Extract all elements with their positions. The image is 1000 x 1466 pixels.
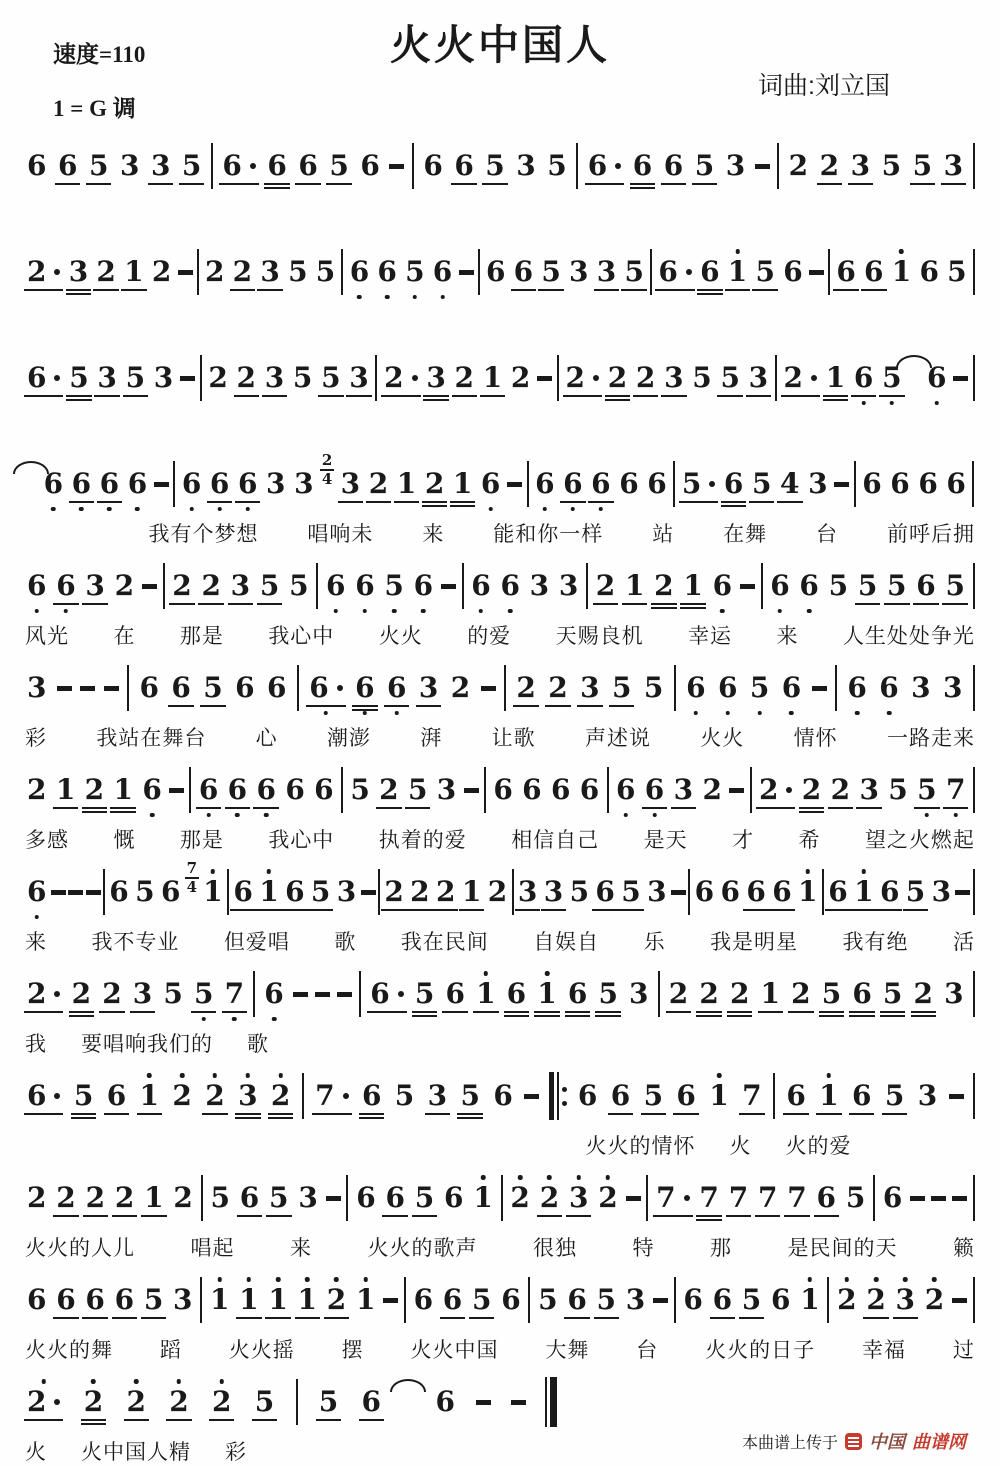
note-digit: 6 xyxy=(27,1082,46,1110)
note: 6 xyxy=(25,1286,48,1314)
note: 1 xyxy=(296,1286,319,1314)
low-octave-dot xyxy=(479,609,484,614)
note-digit: 2 xyxy=(102,980,121,1008)
lyric-line: 火火的舞蹈火火摇摆火火中国大舞台火火的日子幸福过 xyxy=(25,1334,975,1364)
low-octave-dot xyxy=(189,507,194,512)
beam-underline xyxy=(316,1419,341,1421)
note: 6 xyxy=(698,258,721,286)
barline-thin xyxy=(545,1377,547,1427)
note-digit: 7 xyxy=(787,1184,806,1212)
note: 6 xyxy=(324,572,347,600)
augmentation-dot xyxy=(615,163,621,169)
beam-underline xyxy=(262,395,287,397)
note: 3 xyxy=(627,980,650,1008)
beam-underline xyxy=(457,1117,482,1119)
note: 6 xyxy=(385,674,408,702)
beam-underline xyxy=(366,501,391,503)
low-octave-dot xyxy=(235,813,240,818)
site-name-cn: 中国 xyxy=(869,1428,905,1454)
note-digit: 3 xyxy=(530,572,549,600)
note: 3 xyxy=(258,258,281,286)
note: 6 xyxy=(769,1286,792,1314)
beam-underline xyxy=(534,1015,559,1017)
note: 5 xyxy=(483,152,506,180)
note-digit: 5 xyxy=(570,878,589,906)
lyric-segment: 能和你一样 xyxy=(493,518,603,548)
beam-underline xyxy=(777,501,802,503)
high-octave-dot xyxy=(717,1073,722,1078)
beam-underline xyxy=(849,1113,874,1115)
beam-underline xyxy=(882,1113,907,1115)
note: 3 xyxy=(557,572,580,600)
beam-underline xyxy=(407,909,432,911)
note: 3 xyxy=(95,364,118,392)
note: 6 xyxy=(208,470,231,498)
lyric-segment: 歌 xyxy=(247,1028,269,1058)
note-digit: 3 xyxy=(629,980,648,1008)
note-digit: 6 xyxy=(72,470,91,498)
note: 6 xyxy=(499,1286,522,1314)
beam-underline xyxy=(538,289,563,291)
note: 6 xyxy=(711,1286,734,1314)
note: 1 xyxy=(460,878,483,906)
lyric-segment: 那是 xyxy=(180,620,224,650)
note-digit: 5 xyxy=(74,1082,93,1110)
note: 2 xyxy=(453,364,476,392)
beam-underline xyxy=(622,603,647,605)
note-digit: 2 xyxy=(730,980,749,1008)
lyric-segment: 火的爱 xyxy=(786,1130,852,1160)
lyric-segment: 火火的日子 xyxy=(705,1334,815,1364)
note: 5 xyxy=(915,776,938,804)
beam-underline xyxy=(594,1317,619,1319)
note: 5 xyxy=(690,364,713,392)
note: 5 xyxy=(880,152,903,180)
high-octave-dot xyxy=(845,1277,850,1282)
note: 1 xyxy=(266,1286,289,1314)
note: 6 xyxy=(770,878,793,906)
note: 5 xyxy=(258,572,281,600)
note-digit: 6 xyxy=(109,878,128,906)
note-digit: 3 xyxy=(518,878,537,906)
dash-note xyxy=(459,270,474,275)
beam-underline xyxy=(200,705,225,707)
composer-credit: 词曲:刘立国 xyxy=(758,66,890,102)
note: 5 xyxy=(642,1082,665,1110)
note-digit: 6 xyxy=(433,258,452,286)
beam-underline xyxy=(673,1113,698,1115)
barline xyxy=(973,249,975,295)
note: 3 xyxy=(542,878,565,906)
lyric-segment: 唱响未 xyxy=(307,518,373,548)
note-digit: 5 xyxy=(913,152,932,180)
score-header: 速度=110 1 = G 调 火火中国人 词曲:刘立国 xyxy=(25,0,975,140)
dash-note xyxy=(80,686,95,691)
high-octave-dot xyxy=(827,1073,832,1078)
beam-underline xyxy=(86,183,111,185)
beam-underline xyxy=(265,1317,290,1319)
note-digit: 6 xyxy=(27,364,46,392)
note: 2 xyxy=(818,152,841,180)
note-digit: 6 xyxy=(256,776,275,804)
note: 3 xyxy=(264,470,287,498)
note-digit: 5 xyxy=(135,878,154,906)
note-digit: 2 xyxy=(379,776,398,804)
note-digit: 6 xyxy=(199,776,218,804)
beam-underline xyxy=(941,183,966,185)
beam-underline xyxy=(560,501,585,503)
note: 2 xyxy=(269,1082,292,1110)
beam-underline xyxy=(326,183,351,185)
note-digit: 3 xyxy=(851,152,870,180)
beam-underline xyxy=(412,1011,437,1013)
lyric-segment: 人生处处争光 xyxy=(843,620,975,650)
note: 5 xyxy=(348,776,371,804)
note-digit: 6 xyxy=(222,152,241,180)
note-digit: 2 xyxy=(455,364,474,392)
beam-underline xyxy=(198,603,223,605)
note-digit: 2 xyxy=(791,980,810,1008)
note-digit: 6 xyxy=(619,470,638,498)
note-digit: 6 xyxy=(85,1286,104,1314)
note: 3 xyxy=(930,878,953,906)
high-octave-dot xyxy=(808,1277,813,1282)
low-octave-dot xyxy=(51,507,56,512)
augmentation-dot xyxy=(593,375,599,381)
dash-note xyxy=(834,482,849,487)
note-digit: 6 xyxy=(210,470,229,498)
high-octave-dot xyxy=(305,1277,310,1282)
beam-underline xyxy=(565,1015,590,1017)
beam-underline xyxy=(66,293,91,295)
note-digit: 3 xyxy=(426,364,445,392)
note: 5 xyxy=(718,364,741,392)
note: 2 xyxy=(546,674,569,702)
lyric-line: 彩我站在舞台心潮澎湃让歌声述说火火情怀一路走来 xyxy=(25,722,975,752)
note: 6 xyxy=(434,1388,457,1416)
note-digit: 5 xyxy=(720,364,739,392)
high-octave-dot xyxy=(576,1175,581,1180)
beam-underline xyxy=(405,807,430,809)
lyric-segment: 希 xyxy=(799,824,821,854)
note: 3 xyxy=(236,1082,259,1110)
note: 6 xyxy=(722,470,745,498)
beam-underline xyxy=(141,1215,166,1217)
note-digit: 2 xyxy=(212,1388,231,1416)
note-digit: 6 xyxy=(350,258,369,286)
high-octave-dot xyxy=(481,1175,486,1180)
beam-underline xyxy=(253,807,278,809)
note-digit: 6 xyxy=(182,470,201,498)
note-digit: 2 xyxy=(511,364,530,392)
dash-note xyxy=(949,1094,964,1099)
note-digit: 6 xyxy=(567,1286,586,1314)
barline xyxy=(835,665,837,711)
beam-underline xyxy=(219,183,258,185)
beam-underline xyxy=(412,1015,437,1017)
dash-note xyxy=(389,164,404,169)
dash-note xyxy=(755,164,770,169)
note-digit: 6 xyxy=(890,470,909,498)
lyric-segment: 是民间的天 xyxy=(788,1232,898,1262)
dash-note xyxy=(315,992,330,997)
high-octave-dot xyxy=(547,1175,552,1180)
note: 1 xyxy=(471,1184,494,1212)
high-octave-dot xyxy=(276,1277,281,1282)
note: 2 xyxy=(800,776,823,804)
score: 6653356665666535666532235532321222355665… xyxy=(25,140,975,1466)
note-digit: 6 xyxy=(414,572,433,600)
note-digit: 6 xyxy=(770,572,789,600)
note-digit: 6 xyxy=(309,674,328,702)
note-digit: 5 xyxy=(293,364,312,392)
note: 5 xyxy=(943,572,966,600)
system: 665674161653222123356536666161653来我不专业但爱… xyxy=(25,866,975,956)
note-digit: 6 xyxy=(486,258,505,286)
note-digit: 1 xyxy=(826,364,845,392)
beam-underline xyxy=(24,289,63,291)
note-digit: 5 xyxy=(350,776,369,804)
barline xyxy=(973,665,975,711)
system: 21216666665253666666322223557多感慨那是我心中执着的… xyxy=(25,764,975,854)
barline xyxy=(375,355,377,401)
note-digit: 3 xyxy=(69,258,88,286)
beam-underline xyxy=(504,1015,529,1017)
high-octave-dot xyxy=(247,1277,252,1282)
note-digit: 6 xyxy=(235,674,254,702)
note-digit: 2 xyxy=(384,364,403,392)
music-line: 222212565366561223277777656 xyxy=(25,1172,975,1224)
note: 6 xyxy=(617,470,640,498)
beam-underline xyxy=(861,289,886,291)
note-digit: 2 xyxy=(410,878,429,906)
beam-underline xyxy=(230,909,255,911)
lyric-segment: 我心中 xyxy=(268,824,334,854)
barline xyxy=(777,143,779,189)
note: 3 xyxy=(83,572,106,600)
note-digit: 1 xyxy=(259,878,278,906)
note: 5 xyxy=(309,878,332,906)
beam-underline xyxy=(914,807,939,809)
low-octave-dot xyxy=(778,609,783,614)
barline xyxy=(478,249,480,295)
high-octave-dot xyxy=(134,1379,139,1384)
barline xyxy=(650,249,652,295)
beam-underline xyxy=(69,501,94,503)
beam-underline xyxy=(799,807,824,809)
beam-underline xyxy=(585,183,624,185)
barline xyxy=(462,563,464,609)
note: 6 xyxy=(70,470,93,498)
beam-underline xyxy=(692,183,717,185)
note: 1 xyxy=(354,1286,377,1314)
barline xyxy=(200,355,202,401)
note-digit: 6 xyxy=(445,980,464,1008)
note-digit: 2 xyxy=(699,980,718,1008)
augmentation-dot xyxy=(398,991,404,997)
low-octave-dot xyxy=(245,507,250,512)
dash-note xyxy=(511,1400,526,1405)
lyric-segment: 彩 xyxy=(25,722,47,752)
beam-underline xyxy=(595,1015,620,1017)
note-digit: 3 xyxy=(544,878,563,906)
note-digit: 5 xyxy=(742,1286,761,1314)
dash-note xyxy=(671,890,686,895)
note: 5 xyxy=(539,258,562,286)
barline xyxy=(412,143,414,189)
note: 6 xyxy=(888,470,911,498)
note: 6 xyxy=(662,152,685,180)
beam-underline xyxy=(207,501,232,503)
beam-underline xyxy=(783,1113,808,1115)
note-digit: 6 xyxy=(746,878,765,906)
beam-underline xyxy=(565,1011,590,1013)
note-digit: 2 xyxy=(516,674,535,702)
note: 5 xyxy=(413,980,436,1008)
note: 2 xyxy=(508,1184,531,1212)
note-digit: 6 xyxy=(56,1286,75,1314)
note-digit: 3 xyxy=(808,470,827,498)
note: 6 xyxy=(631,152,654,180)
note-digit: 3 xyxy=(911,674,930,702)
note-digit: 5 xyxy=(885,1082,904,1110)
note-digit: 6 xyxy=(423,152,442,180)
note-digit: 5 xyxy=(203,674,222,702)
lyric-segment: 火火的舞 xyxy=(25,1334,113,1364)
note: 2 xyxy=(514,674,537,702)
note: 3 xyxy=(335,878,358,906)
lyric-line: 我要唱响我们的歌 xyxy=(25,1028,975,1058)
note: 2 xyxy=(652,572,675,600)
note: 1 xyxy=(796,878,819,906)
time-signature-numerator: 7 xyxy=(187,861,197,876)
beam-underline xyxy=(282,909,307,911)
beam-underline xyxy=(564,1317,589,1319)
beam-underline xyxy=(642,807,667,809)
note-digit: 5 xyxy=(89,152,108,180)
note-digit: 6 xyxy=(128,470,147,498)
note-digit: 3 xyxy=(337,878,356,906)
note-digit: 3 xyxy=(419,674,438,702)
note-digit: 3 xyxy=(943,674,962,702)
lyric-segment: 火火 xyxy=(700,722,744,752)
note-digit: 3 xyxy=(569,1184,588,1212)
music-line: 665335666566653566653223553 xyxy=(25,140,975,192)
beam-underline xyxy=(359,1113,384,1115)
note-digit: 6 xyxy=(414,1286,433,1314)
note: 3 xyxy=(724,152,747,180)
note-digit: 7 xyxy=(758,1184,777,1212)
beam-underline xyxy=(595,1011,620,1013)
lyric-segment: 唱起 xyxy=(191,1232,235,1262)
note: 5 xyxy=(568,878,591,906)
beam-underline xyxy=(82,1317,107,1319)
note-digit: 3 xyxy=(85,572,104,600)
note-digit: 5 xyxy=(329,152,348,180)
note: 1 xyxy=(481,364,504,392)
augmentation-dot xyxy=(337,685,343,691)
note-digit: 2 xyxy=(608,364,627,392)
repeat-dot xyxy=(562,1101,567,1106)
footer-credit: 本曲谱上传于 中国 曲谱网 xyxy=(742,1428,966,1454)
beam-underline xyxy=(237,1215,262,1217)
barline xyxy=(658,971,660,1017)
low-octave-dot xyxy=(333,609,338,614)
note-digit: 6 xyxy=(171,674,190,702)
note-digit: 6 xyxy=(493,1082,512,1110)
beam-underline xyxy=(727,1015,752,1017)
note-digit: 5 xyxy=(945,572,964,600)
song-title: 火火中国人 xyxy=(25,12,975,71)
dash-note xyxy=(729,788,744,793)
beam-underline xyxy=(252,1419,277,1421)
note-digit: 1 xyxy=(761,980,780,1008)
beam-underline xyxy=(756,807,795,809)
beam-underline xyxy=(81,1419,106,1421)
note-digit: 6 xyxy=(916,572,935,600)
note-digit: 6 xyxy=(233,878,252,906)
note: 6 xyxy=(484,258,507,286)
note-digit: 5 xyxy=(289,572,308,600)
sheet-music-page: 速度=110 1 = G 调 火火中国人 词曲:刘立国 665335666566… xyxy=(0,0,1000,1466)
dash-note xyxy=(653,1298,668,1303)
note: 6 xyxy=(180,470,203,498)
low-octave-dot xyxy=(789,711,794,716)
beam-underline xyxy=(566,1215,591,1217)
lyric-segment: 籁 xyxy=(953,1232,975,1262)
note: 3 xyxy=(347,364,370,392)
beam-underline xyxy=(94,395,119,397)
note: 1 xyxy=(852,878,875,906)
lyric-segment: 心 xyxy=(256,722,278,752)
note: 6 xyxy=(238,1184,261,1212)
note-digit: 6 xyxy=(100,470,119,498)
lyric-segment: 乐 xyxy=(644,926,666,956)
note-digit: 6 xyxy=(267,674,286,702)
note-digit: 2 xyxy=(451,674,470,702)
dash-note xyxy=(441,584,456,589)
note-digit: 3 xyxy=(238,1082,257,1110)
note-digit: 6 xyxy=(240,1184,259,1212)
beam-underline xyxy=(588,501,613,503)
lyric-segment: 但爱唱 xyxy=(224,926,290,956)
note-digit: 5 xyxy=(621,878,640,906)
note: 2 xyxy=(113,572,136,600)
barline-thick xyxy=(549,1072,554,1120)
high-octave-dot xyxy=(363,1277,368,1282)
note: 6 xyxy=(83,1286,106,1314)
note-digit: 1 xyxy=(268,1286,287,1314)
note: 6 xyxy=(296,152,319,180)
beam-underline xyxy=(416,705,441,707)
note-digit: 2 xyxy=(802,776,821,804)
note: 6 xyxy=(797,572,820,600)
note: 5 xyxy=(413,1184,436,1212)
lyric-segment: 来 xyxy=(290,1232,312,1262)
note-digit: 7 xyxy=(729,1184,748,1212)
note-digit: 2 xyxy=(173,1184,192,1212)
note-digit: 2 xyxy=(237,364,256,392)
note-digit: 3 xyxy=(580,674,599,702)
beam-underline xyxy=(338,501,363,503)
note: 6 xyxy=(42,470,65,498)
note-digit: 2 xyxy=(548,674,567,702)
beam-underline xyxy=(721,501,746,503)
beam-underline xyxy=(671,807,696,809)
note-digit: 6 xyxy=(783,258,802,286)
note: 6 xyxy=(159,878,182,906)
note: 6 xyxy=(358,152,381,180)
